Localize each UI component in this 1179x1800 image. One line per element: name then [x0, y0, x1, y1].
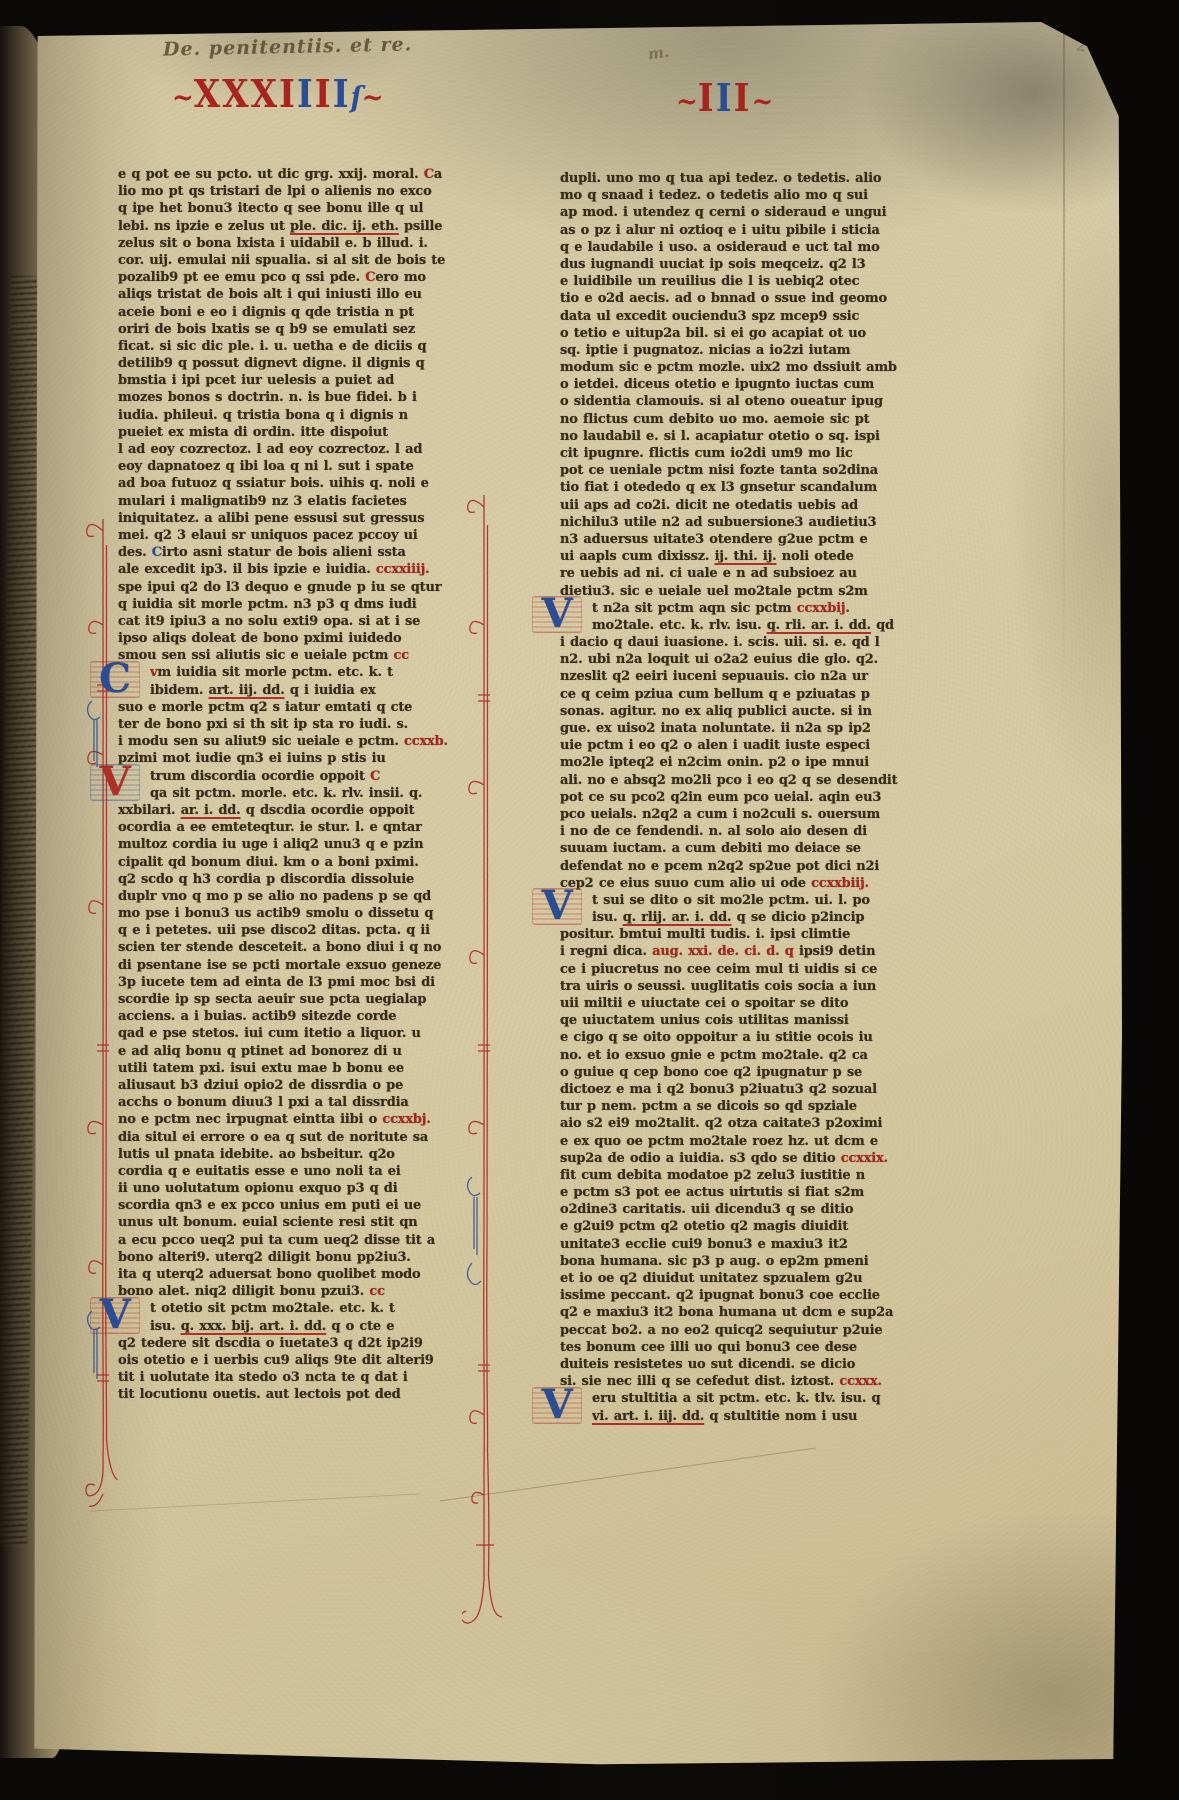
text-line: uii miltii e uiuctate cei o spoitar se d… [560, 995, 917, 1012]
text-line: q2 tedere sit dscdia o iuetate3 q d2t ip… [118, 1335, 457, 1352]
text-line: ce i piucretus no cee ceim mul ti uidis … [560, 961, 917, 978]
text-line: unus ult bonum. euial sciente resi stit … [118, 1214, 457, 1231]
text-line: n3 aduersus uitate3 otendere g2ue pctm e [560, 531, 917, 548]
text-line: e g2ui9 pctm q2 otetio q2 magis diuidit [560, 1218, 917, 1235]
text-line: e ex quo oe pctm mo2tale roez hz. ut dcm… [560, 1133, 917, 1150]
text-line: eoy dapnatoez q ibi loa q ni l. sut i sp… [118, 458, 457, 475]
text-line: bono alet. niq2 diligit bonu pzui3. cc [118, 1283, 457, 1300]
text-line: scordie ip sp secta aeuir sue pcta uegia… [118, 991, 457, 1008]
text-line: mozes bonos s doctrin. n. is bue fidei. … [118, 389, 457, 406]
text-line: sonas. agitur. no ex aliq publici aucte.… [560, 703, 917, 720]
text-line: tio fiat i otededo q ex l3 gnsetur scand… [560, 479, 917, 496]
text-line: qe uiuctatem unius cois utilitas manissi [560, 1012, 917, 1029]
illuminated-initial: V [90, 1297, 140, 1334]
parchment-crease [440, 1448, 816, 1502]
text-line: cep2 ce eius suuo cum alio ui ode ccxxbi… [560, 875, 917, 892]
text-line: acchs o bonum diuu3 l pxi a tal dissrdia [118, 1094, 457, 1111]
text-line: aliqs tristat de bois alt i qui iniusti … [118, 286, 457, 303]
text-line: data ul excedit ouciendu3 spz mcep9 ssic [560, 308, 917, 325]
text-line: tit locutionu ouetis. aut lectois pot de… [118, 1386, 457, 1403]
text-line: no. et io exsuo gnie e pctm mo2tale. q2 … [560, 1047, 917, 1064]
text-line: mei. q2 3 elaui sr uniquos pacez pccoy u… [118, 527, 457, 544]
text-line: duiteis resistetes uo sut dicendi. se di… [560, 1356, 917, 1373]
text-line: ter de bono pxi si th sit ip sta ro iudi… [118, 716, 457, 733]
text-line: fit cum debita modatoe p2 zelu3 iustitie… [560, 1167, 917, 1184]
text-line: sq. iptie i pugnatoz. nicias a io2zi iut… [560, 342, 917, 359]
text-line: ali. no e absq2 mo2li pco i eo q2 q se d… [560, 772, 917, 789]
text-line: aceie boni e eo i dignis q qde tristia n… [118, 304, 457, 321]
text-line: tit i uolutate ita stedo o3 ncta te q da… [118, 1369, 457, 1386]
text-line: vm iuidia sit morle pctm. etc. k. t [150, 664, 457, 681]
text-line: zelus sit o bona lxista i uidabil e. b i… [118, 235, 457, 252]
text-line: acciens. a i buias. actib9 sitezde corde [118, 1008, 457, 1025]
text-line: e luidibile un reuilius die l is uebiq2 … [560, 273, 917, 290]
text-column-left: e q pot ee su pcto. ut dic grg. xxij. mo… [118, 166, 462, 1404]
text-line: tra uiris o seussi. uuglitatis cois soci… [560, 978, 917, 995]
text-line: i modu sen su aliut9 sic ueiale e pctm. … [118, 733, 457, 750]
margin-flourish-right [462, 485, 502, 1655]
text-line: modum sic e pctm mozle. uix2 mo dssiuit … [560, 359, 917, 376]
text-line: q e i petetes. uii pse disco2 ditas. pct… [118, 922, 457, 939]
text-line: o2dine3 caritatis. uii dicendu3 q se dit… [560, 1201, 917, 1218]
text-line: uie pctm i eo q2 o alen i uadit iuste es… [560, 737, 917, 754]
parchment-crease [90, 1493, 420, 1511]
text-line: l ad eoy cozrectoz. l ad eoy cozrectoz. … [118, 441, 457, 458]
text-line: dus iugnandi uuciat ip sois meqceiz. q2 … [560, 256, 917, 273]
text-line: dictoez e ma i q2 bonu3 p2iuatu3 q2 sozu… [560, 1081, 917, 1098]
text-line: pzimi mot iudie qn3 ei iuins p stis iu [118, 750, 457, 767]
text-line: qad e pse stetos. iui cum itetio a liquo… [118, 1025, 457, 1042]
text-line: aio s2 ei9 mo2talit. q2 otza caitate3 p2… [560, 1115, 917, 1132]
text-line: suo e morle pctm q2 s iatur emtati q cte [118, 699, 457, 716]
text-line: spe ipui q2 do l3 dequo e gnude p iu se … [118, 579, 457, 596]
text-line: ale excedit ip3. il bis ipzie e iuidia. … [118, 561, 457, 578]
text-line: mulari i malignatib9 nz 3 elatis faciete… [118, 493, 457, 510]
text-line: q2 scdo q h3 cordia p discordia dissolui… [118, 871, 457, 888]
text-line: scordia qn3 e ex pcco unius em puti ei u… [118, 1197, 457, 1214]
text-line: si. sie nec illi q se cefedut dist. izto… [560, 1373, 917, 1390]
text-line: q ipe het bonu3 itecto q see bonu ille q… [118, 200, 457, 217]
text-line: duplr vno q mo p se alio no padens p se … [118, 888, 457, 905]
running-header: De. penitentiis. et re. [163, 33, 413, 60]
text-line: tio e o2d aecis. ad o bnnad o ssue ind g… [560, 290, 917, 307]
text-line: ficat. si sic dic ple. i. u. uetha e de … [118, 338, 457, 355]
text-line: e ad aliq bonu q ptinet ad bonorez di u [118, 1043, 457, 1060]
quaestio-number-left: ~XXXIIIIſ~ [172, 76, 384, 117]
text-line: t n2a sit pctm aqn sic pctm ccxxbij. [592, 600, 917, 617]
text-line: tur p nem. pctm a se dicois so qd spzial… [560, 1098, 917, 1115]
text-line: detilib9 q possut dignevt digne. il dign… [118, 355, 457, 372]
text-line: cordia q e euitatis esse e uno noli ta e… [118, 1163, 457, 1180]
text-line: ad boa futuoz q ssiatur bois. uihis q. n… [118, 475, 457, 492]
text-line: o guiue q cep bono coe q2 ipugnatur p se [560, 1064, 917, 1081]
text-line: des. Cirto asni statur de bois alieni ss… [118, 544, 457, 561]
text-line: i regni dica. aug. xxi. de. ci. d. q ips… [560, 943, 917, 960]
text-line: mo pse i bonu3 us actib9 smolu o dissetu… [118, 905, 457, 922]
text-line: dia situl ei errore o ea q sut de noritu… [118, 1129, 457, 1146]
text-line: isu. q. rlij. ar. i. dd. q se dicio p2in… [592, 909, 917, 926]
text-line: pco ueials. n2q2 a cum i no2culi s. ouer… [560, 806, 917, 823]
text-line: tes bonum cee illi uo qui bonu3 cee dese [560, 1339, 917, 1356]
text-line: sup2a de odio a iuidia. s3 qdo se ditio … [560, 1150, 917, 1167]
text-line: lutis ul pnata idebite. ao bsbeitur. q2o [118, 1146, 457, 1163]
text-line: xxbilari. ar. i. dd. q dscdia ocordie op… [118, 802, 457, 819]
text-line: cor. uij. emulai nii spualia. si al sit … [118, 252, 457, 269]
text-line: e cigo q se oito oppoitur a iu stitie oc… [560, 1029, 917, 1046]
text-line: vi. art. i. iij. dd. q stultitie nom i u… [592, 1408, 917, 1425]
text-line: a ecu pcco ueq2 pui ta cum ueq2 disse ti… [118, 1232, 457, 1249]
parchment-page: De. penitentiis. et re. m. 234 ~XXXIIIIſ… [30, 22, 1122, 1766]
text-line: trum discordia ocordie oppoit C [150, 768, 457, 785]
text-line: o ietdei. diceus otetio e ipugnto iuctas… [560, 376, 917, 393]
text-line: no e pctm nec irpugnat eintta iibi o ccx… [118, 1111, 457, 1128]
text-line: 3p iucete tem ad einta de l3 pmi moc bsi… [118, 974, 457, 991]
text-line: lebi. ns ipzie e zelus ut ple. dic. ij. … [118, 218, 457, 235]
text-line: re uebis ad ni. ci uale e n ad subsioez … [560, 565, 917, 582]
text-line: multoz cordia iu uge i aliq2 unu3 q e pz… [118, 836, 457, 853]
illuminated-initial: V [90, 764, 140, 801]
illuminated-initial: V [532, 596, 582, 633]
text-line: no flictus cum debito uo mo. aemoie sic … [560, 411, 917, 428]
text-line: dietiu3. sic e ueiale uel mo2tale pctm s… [560, 583, 917, 600]
text-line: bono alteri9. uterq2 diligit bonu pp2iu3… [118, 1249, 457, 1266]
text-line: uii aps ad co2i. dicit ne otedatis uebis… [560, 497, 917, 514]
text-line: bona humana. sic p3 p aug. o ep2m pmeni [560, 1253, 917, 1270]
text-line: scien ter stende desceteit. a bono diui … [118, 939, 457, 956]
text-line: pozalib9 pt ee emu pco q ssi pde. Cero m… [118, 269, 457, 286]
text-line: ibidem. art. iij. dd. q i iuidia ex [150, 682, 457, 699]
text-line: cat it9 ipiu3 a no solu exti9 opa. si at… [118, 613, 457, 630]
text-line: ii uno uolutatum opionu exquo p3 q di [118, 1180, 457, 1197]
text-line: ita q uterq2 aduersat bono quolibet modo [118, 1266, 457, 1283]
text-line: pot ce su pco2 q2in eum pco ueial. aqin … [560, 789, 917, 806]
text-line: pueiet ex mista di ordin. itte dispoiut [118, 424, 457, 441]
quaestio-number-right: ~III~ [676, 80, 773, 121]
text-line: oriri de bois lxatis se q b9 se emulati … [118, 321, 457, 338]
text-line: et io oe q2 diuidut unitatez spzualem g2… [560, 1270, 917, 1287]
text-line: iniquitatez. a alibi pene essusi sut gre… [118, 510, 457, 527]
text-line: ocordia a ee emteteqtur. ie stur. l. e q… [118, 819, 457, 836]
text-line: q e laudabile i uso. a osideraud e uct t… [560, 239, 917, 256]
text-column-right: dupli. uno mo q tua api tedez. o tedetis… [560, 170, 922, 1425]
text-line: q iuidia sit morle pctm. n3 p3 q dms iud… [118, 596, 457, 613]
text-line: ois otetio e i uerbis cu9 aliqs 9te dit … [118, 1352, 457, 1369]
text-line: aliusaut b3 dziui opio2 de dissrdia o pe [118, 1077, 457, 1094]
text-line: mo2tale. etc. k. rlv. isu. q. rli. ar. i… [592, 617, 917, 634]
text-line: mo q snaad i tedez. o tedetis alio mo q … [560, 187, 917, 204]
text-line: cit ipugnre. flictis cum io2di um9 mo li… [560, 445, 917, 462]
text-line: o tetio e uitup2a bil. si ei go acapiat … [560, 325, 917, 342]
illuminated-initial: V [532, 888, 582, 925]
text-line: ap mod. i utendez q cerni o sideraud e u… [560, 204, 917, 221]
text-line: smou sen ssi aliutis sic e ueiale pctm c… [118, 647, 457, 664]
text-line: lio mo pt qs tristari de lpi o alienis n… [118, 183, 457, 200]
text-line: pot ce ueniale pctm nisi fozte tanta so2… [560, 462, 917, 479]
illuminated-initial: V [532, 1387, 582, 1424]
underleaf-edge-line [1063, 22, 1065, 702]
text-line: gue. ex uiso2 inata noluntate. ii n2a sp… [560, 720, 917, 737]
text-line: positur. bmtui multi tudis. i. ipsi clim… [560, 926, 917, 943]
text-line: q2 e maxiu3 it2 bona humana ut dcm e sup… [560, 1304, 917, 1321]
text-line: i dacio q daui iuasione. i. scis. uii. s… [560, 634, 917, 651]
text-line: n2. ubi n2a loquit ui o2a2 euius die glo… [560, 651, 917, 668]
text-line: i no de ce fendendi. n. al solo aio dese… [560, 823, 917, 840]
text-line: t otetio sit pctm mo2tale. etc. k. t [150, 1300, 457, 1317]
text-line: di psentane ise se pcti mortale exsuo ge… [118, 957, 457, 974]
text-line: ui aapls cum dixissz. ij. thi. ij. noli … [560, 548, 917, 565]
text-line: utili tatem pxi. isui extu mae b bonu ee [118, 1060, 457, 1077]
text-line: ipso aliqs doleat de bono pximi iuidedo [118, 630, 457, 647]
text-line: qa sit pctm. morle. etc. k. rlv. insii. … [150, 785, 457, 802]
illuminated-initial: C [90, 661, 140, 698]
manuscript-photo: De. penitentiis. et re. m. 234 ~XXXIIIIſ… [0, 0, 1179, 1800]
text-line: eru stultitia a sit pctm. etc. k. tlv. i… [592, 1390, 917, 1407]
folio-number-pencil: 234 [1075, 35, 1116, 61]
text-line: no laudabil e. si l. acapiatur otetio o … [560, 428, 917, 445]
text-line: nichilu3 utile n2 ad subuersione3 audiet… [560, 514, 917, 531]
quire-mark: m. [647, 43, 670, 64]
text-line: nzeslit q2 eeiri iuceni sepuauis. cio n2… [560, 668, 917, 685]
text-line: issime peccant. q2 ipugnat bonu3 coe ecc… [560, 1287, 917, 1304]
text-line: defendat no e pcem n2q2 sp2ue pot dici n… [560, 858, 917, 875]
text-line: e pctm s3 pot ee actus uirtutis si fiat … [560, 1184, 917, 1201]
text-line: ce q ceim pziua cum bellum q e pziuatas … [560, 686, 917, 703]
text-line: e q pot ee su pcto. ut dic grg. xxij. mo… [118, 166, 457, 183]
text-line: isu. q. xxx. bij. art. i. dd. q o cte e [150, 1318, 457, 1335]
text-line: unitate3 ecclie cui9 bonu3 e maxiu3 it2 [560, 1236, 917, 1253]
text-line: as o pz i alur ni oztioq e i uitu pibile… [560, 222, 917, 239]
text-line: cipalit qd bonum diui. km o a boni pximi… [118, 854, 457, 871]
text-line: suuam iuctam. a cum debiti mo deiace se [560, 840, 917, 857]
text-line: o sidentia clamouis. si al oteno oueatur… [560, 393, 917, 410]
text-line: iudia. phileui. q tristia bona q i digni… [118, 407, 457, 424]
text-line: t sui se dito o sit mo2le pctm. ui. l. p… [592, 892, 917, 909]
text-line: dupli. uno mo q tua api tedez. o tedetis… [560, 170, 917, 187]
text-line: mo2le ipteq2 ei n2cim onin. p2 o ipe mnu… [560, 754, 917, 771]
text-line: bmstia i ipi pcet iur uelesis a puiet ad [118, 372, 457, 389]
text-line: peccat bo2. a no eo2 quicq2 sequiutur p2… [560, 1322, 917, 1339]
